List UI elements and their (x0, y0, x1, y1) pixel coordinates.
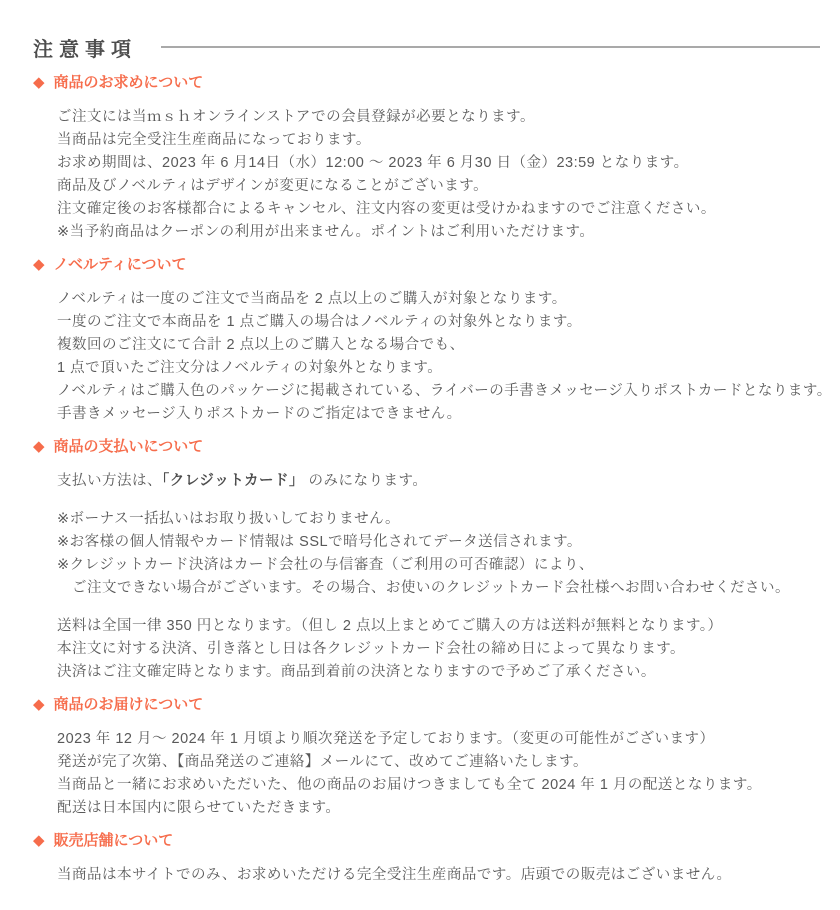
section-heading: ◆ 販売店舗について (33, 832, 828, 850)
section-heading-label: 商品のお届けについて (54, 696, 204, 714)
text-line: 複数回のご注文にて合計 2 点以上のご購入となる場合でも、 (57, 334, 828, 357)
rich-pre: 支払い方法は、 (57, 473, 162, 489)
text-line: お求め期間は、2023 年 6 月14日（水）12:00 ～ 2023 年 6 … (57, 152, 828, 175)
diamond-bullet-icon: ◆ (33, 438, 45, 456)
diamond-bullet-icon: ◆ (33, 696, 45, 714)
paragraph: ノベルティは一度のご注文で当商品を 2 点以上のご購入が対象となります。 一度の… (57, 288, 828, 426)
paragraph: 支払い方法は、「クレジットカード」 のみになります。 (57, 470, 828, 493)
section-heading: ◆ ノベルティについて (33, 256, 828, 274)
text-line: 注文確定後のお客様都合によるキャンセル、注文内容の変更は受けかねますのでご注意く… (57, 198, 828, 221)
paragraph: 2023 年 12 月～ 2024 年 1 月頃より順次発送を予定しております。… (57, 728, 828, 820)
text-line: 当商品と一緒にお求めいただいた、他の商品のお届けつきましても全て 2024 年 … (57, 774, 828, 797)
paragraph: ※ボーナス一括払いはお取り扱いしておりません。 ※お客様の個人情報やカード情報は… (57, 508, 828, 600)
text-line: ご注文には当ｍｓｈオンラインストアでの会員登録が必要となります。 (57, 106, 828, 129)
text-line: ご注文できない場合がございます。その場合、お使いのクレジットカード会社様へお問い… (57, 577, 828, 600)
text-line: 発送が完了次第、【商品発送のご連絡】メールにて、改めてご連絡いたします。 (57, 751, 828, 774)
header-rule (161, 46, 820, 48)
section-novelty: ◆ ノベルティについて ノベルティは一度のご注文で当商品を 2 点以上のご購入が… (33, 256, 828, 426)
text-line: 決済はご注文確定時となります。商品到着前の決済となりますので予めご了承ください。 (57, 661, 828, 684)
section-heading: ◆ 商品のお届けについて (33, 696, 828, 714)
text-line: ※ボーナス一括払いはお取り扱いしておりません。 (57, 508, 828, 531)
section-payment: ◆ 商品の支払いについて 支払い方法は、「クレジットカード」 のみになります。 … (33, 438, 828, 684)
rich-bold: 「クレジットカード」 (162, 473, 304, 489)
text-line: 当商品は完全受注生産商品になっております。 (57, 129, 828, 152)
section-purchase: ◆ 商品のお求めについて ご注文には当ｍｓｈオンラインストアでの会員登録が必要と… (33, 74, 828, 244)
text-line: ※クレジットカード決済はカード会社の与信審査（ご利用の可否確認）により、 (57, 554, 828, 577)
paragraph: 当商品は本サイトでのみ、お求めいただける完全受注生産商品です。店頭での販売はござ… (57, 864, 828, 887)
paragraph: 送料は全国一律 350 円となります。（但し 2 点以上まとめてご購入の方は送料… (57, 615, 828, 684)
section-heading: ◆ 商品の支払いについて (33, 438, 828, 456)
page-title: 注意事項 (33, 33, 137, 62)
text-line: ※お客様の個人情報やカード情報は SSLで暗号化されてデータ送信されます。 (57, 531, 828, 554)
section-delivery: ◆ 商品のお届けについて 2023 年 12 月～ 2024 年 1 月頃より順… (33, 696, 828, 820)
text-line: ノベルティは一度のご注文で当商品を 2 点以上のご購入が対象となります。 (57, 288, 828, 311)
text-line: 一度のご注文で本商品を 1 点ご購入の場合はノベルティの対象外となります。 (57, 311, 828, 334)
text-line: 配送は日本国内に限らせていただきます。 (57, 797, 828, 820)
section-store: ◆ 販売店舗について 当商品は本サイトでのみ、お求めいただける完全受注生産商品で… (33, 832, 828, 887)
text-line-rich: 支払い方法は、「クレジットカード」 のみになります。 (57, 470, 828, 493)
text-line: 当商品は本サイトでのみ、お求めいただける完全受注生産商品です。店頭での販売はござ… (57, 864, 828, 887)
text-line: 本注文に対する決済、引き落とし日は各クレジットカード会社の締め日によって異なりま… (57, 638, 828, 661)
text-line: 2023 年 12 月～ 2024 年 1 月頃より順次発送を予定しております。… (57, 728, 828, 751)
diamond-bullet-icon: ◆ (33, 74, 45, 92)
text-line: 1 点で頂いたご注文分はノベルティの対象外となります。 (57, 357, 828, 380)
page-header: 注意事項 (33, 34, 828, 60)
text-line: ノベルティはご購入色のパッケージに掲載されている、ライバーの手書きメッセージ入り… (57, 380, 828, 403)
section-heading-label: 商品のお求めについて (54, 74, 204, 92)
section-heading-label: 販売店舗について (54, 832, 174, 850)
text-line: 手書きメッセージ入りポストカードのご指定はできません。 (57, 403, 828, 426)
section-heading-label: ノベルティについて (54, 256, 187, 274)
text-line: 送料は全国一律 350 円となります。（但し 2 点以上まとめてご購入の方は送料… (57, 615, 828, 638)
diamond-bullet-icon: ◆ (33, 832, 45, 850)
section-heading: ◆ 商品のお求めについて (33, 74, 828, 92)
text-line: ※当予約商品はクーポンの利用が出来ません。ポイントはご利用いただけます。 (57, 221, 828, 244)
section-heading-label: 商品の支払いについて (54, 438, 204, 456)
rich-post: のみになります。 (304, 473, 427, 489)
text-line: 商品及びノベルティはデザインが変更になることがございます。 (57, 175, 828, 198)
paragraph: ご注文には当ｍｓｈオンラインストアでの会員登録が必要となります。 当商品は完全受… (57, 106, 828, 244)
diamond-bullet-icon: ◆ (33, 256, 45, 274)
